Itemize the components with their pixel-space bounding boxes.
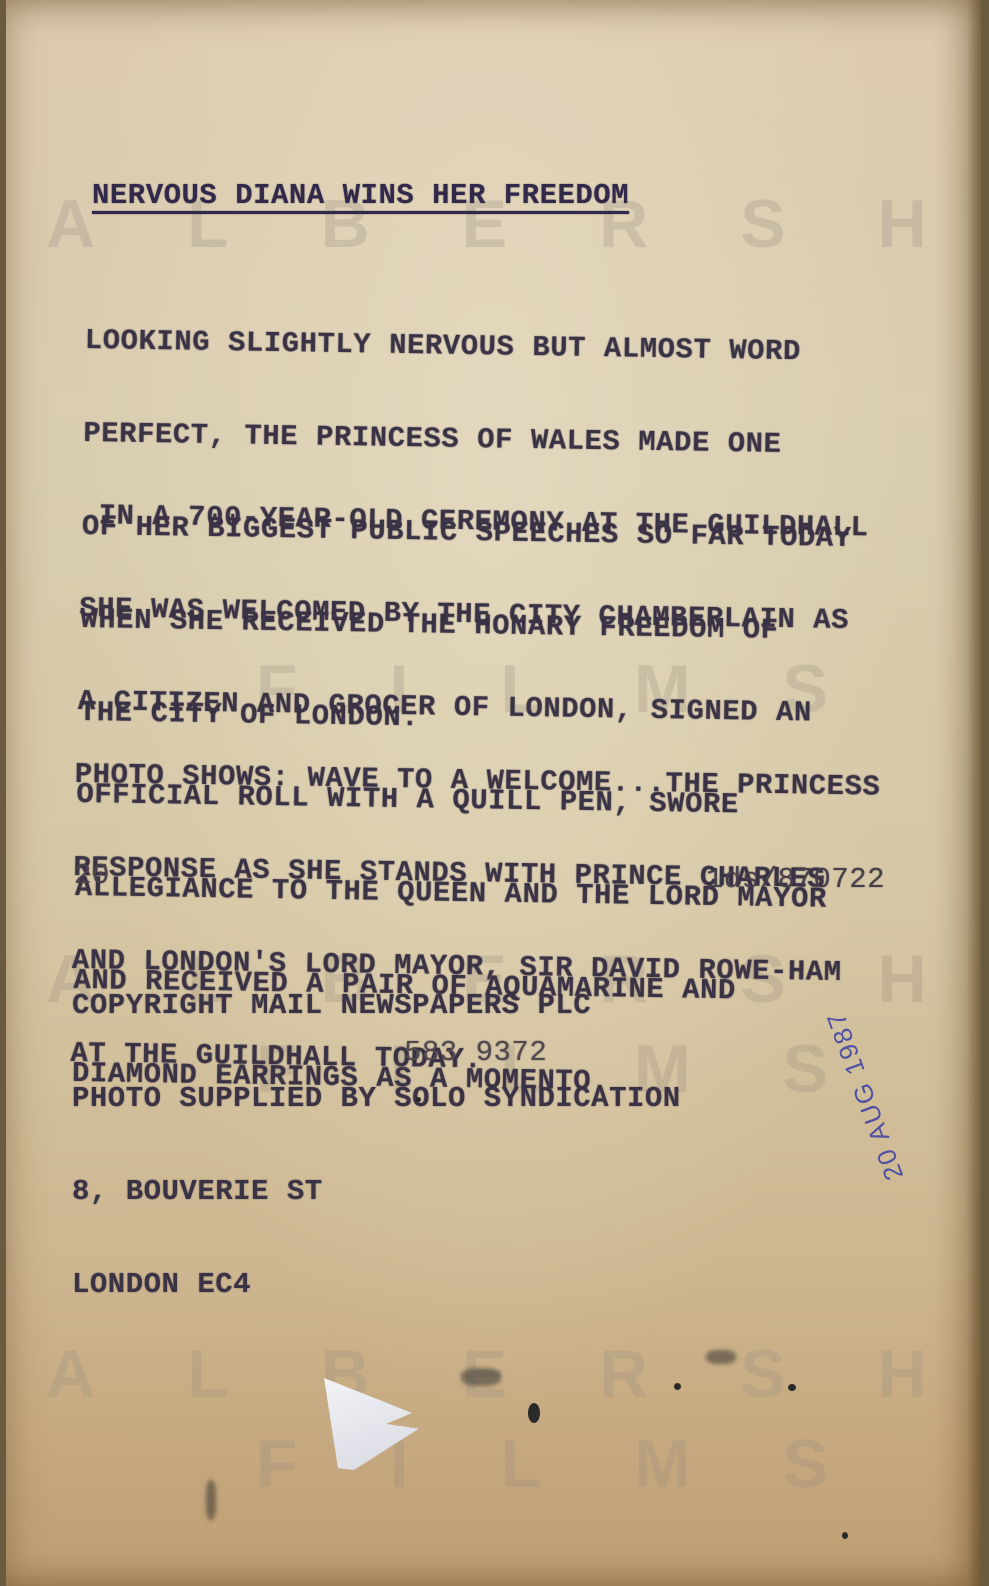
ink-spot (842, 1532, 848, 1539)
text-line: PHOTO SHOWS: WAVE TO A WELCOME...THE PRI… (75, 759, 881, 803)
copyright-credit: COPYRIGHT MAIL NEWSPAPERS PLC PHOTO SUPP… (72, 928, 681, 1362)
ink-spot (528, 1403, 540, 1423)
text-line: 8, BOUVERIE ST (72, 1176, 681, 1207)
text-line: LOOKING SLIGHTLY NERVOUS BUT ALMOST WORD (85, 325, 855, 368)
text-line: PHOTO SUPPLIED BY SOLO SYNDICATION (72, 1083, 681, 1114)
ink-spot (416, 1097, 421, 1102)
headline: NERVOUS DIANA WINS HER FREEDOM (92, 180, 629, 211)
dirt-smudge (706, 1350, 736, 1364)
text-line: COPYRIGHT MAIL NEWSPAPERS PLC (72, 990, 681, 1021)
phone-number: 583 9372 (404, 1037, 547, 1068)
dirt-smudge (461, 1368, 501, 1386)
text-line: SHE WAS WELCOMED BY THE CITY CHAMBERLAIN… (79, 593, 867, 636)
photo-back-paper: ALBERSH FILMS ALBERSH FILMS ALBERSH FILM… (6, 0, 981, 1586)
ink-spot (788, 1384, 796, 1391)
dirt-smudge (206, 1480, 216, 1520)
text-line: IN A 700-YEAR-OLD CEREMONY AT THE GUILDH… (81, 500, 869, 543)
ink-spot (674, 1383, 681, 1390)
text-line: LONDON EC4 (72, 1269, 681, 1300)
page-number: 20 (74, 860, 110, 891)
reference-number: 1ds/870722 (706, 864, 885, 895)
